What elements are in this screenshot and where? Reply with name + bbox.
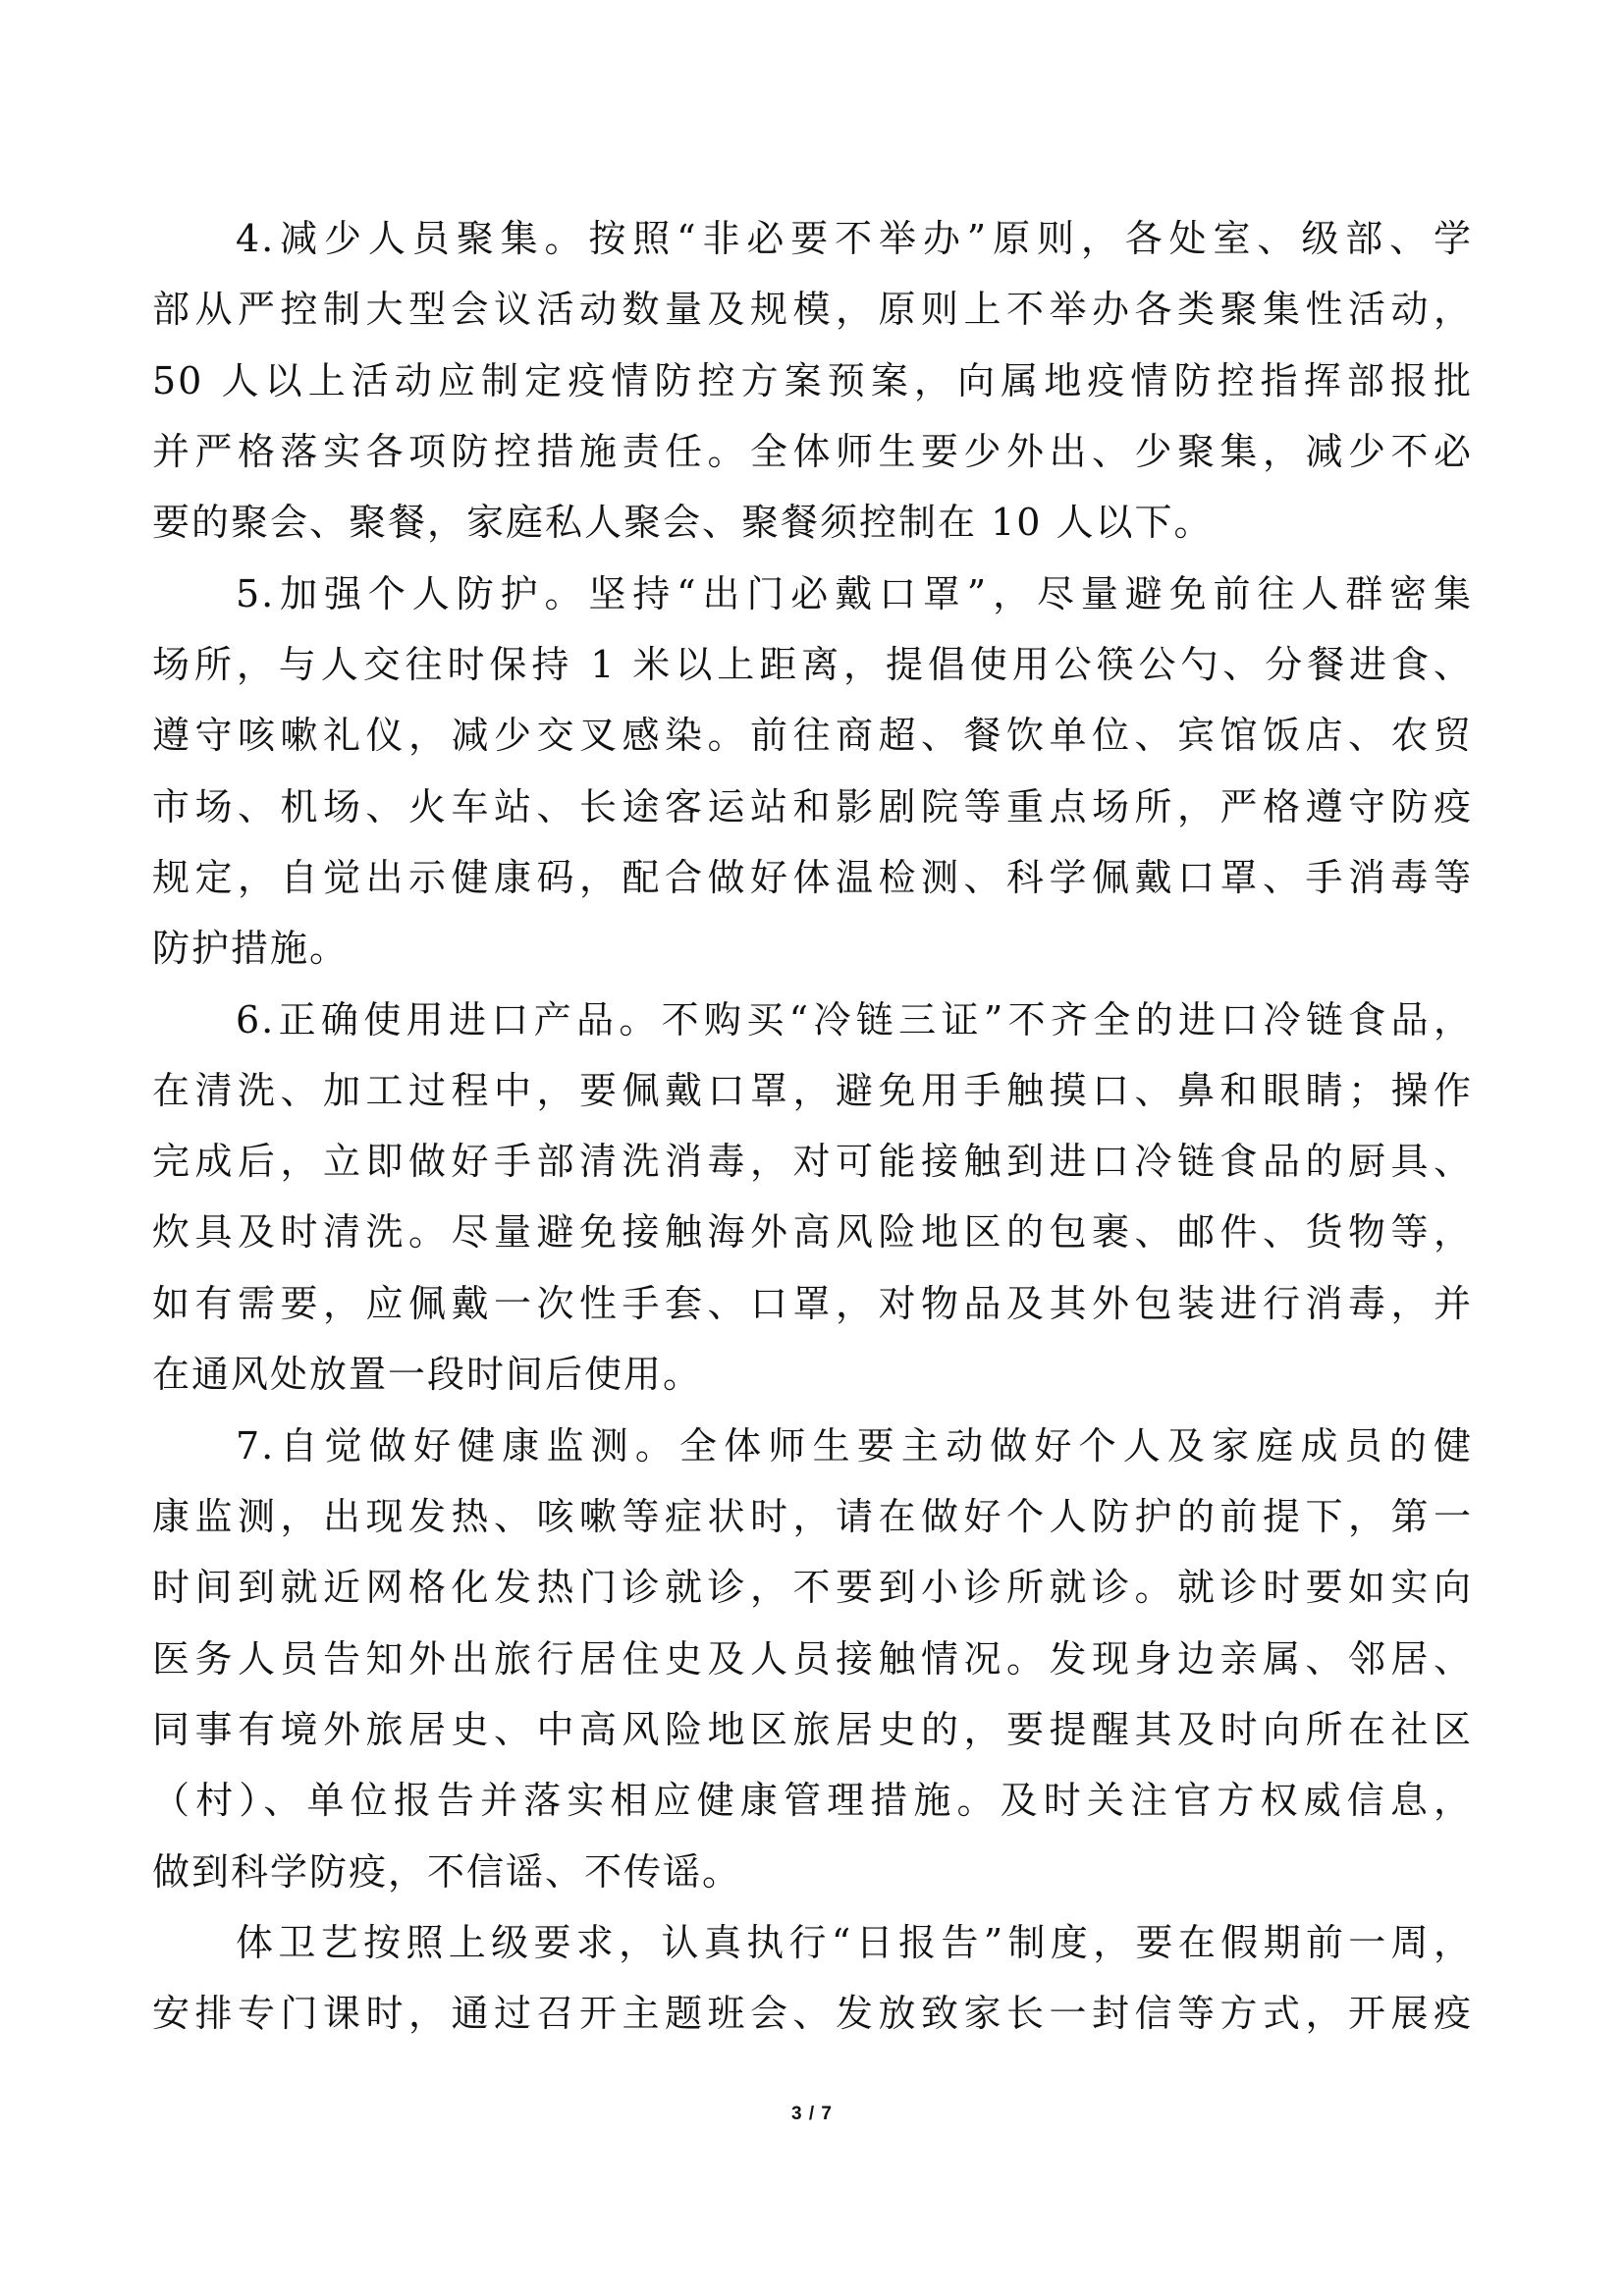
text-line: 规定，自觉出示健康码，配合做好体温检测、科学佩戴口罩、手消毒等 — [152, 853, 1473, 902]
text-line: 安排专门课时，通过召开主题班会、发放致家长一封信等方式，开展疫 — [152, 1989, 1473, 2038]
text-line: （村）、单位报告并落实相应健康管理措施。及时关注官方权威信息， — [152, 1776, 1473, 1825]
page-number: 3 / 7 — [763, 2104, 861, 2125]
text-line: 并严格落实各项防控措施责任。全体师生要少外出、少聚集，减少不必 — [152, 427, 1473, 476]
text-line: 炊具及时清洗。尽量避免接触海外高风险地区的包裹、邮件、货物等， — [152, 1207, 1473, 1256]
text-line: 体卫艺按照上级要求，认真执行“日报告”制度，要在假期前一周， — [236, 1918, 1473, 1967]
text-line: 50 人以上活动应制定疫情防控方案预案，向属地疫情防控指挥部报批 — [152, 356, 1473, 405]
text-line: 时间到就近网格化发热门诊就诊，不要到小诊所就诊。就诊时要如实向 — [152, 1563, 1473, 1612]
text-line: 如有需要，应佩戴一次性手套、口罩，对物品及其外包装进行消毒，并 — [152, 1279, 1473, 1328]
text-line: 6.正确使用进口产品。不购买“冷链三证”不齐全的进口冷链食品， — [236, 995, 1473, 1044]
text-line: 4.减少人员聚集。按照“非必要不举办”原则，各处室、级部、学 — [236, 214, 1473, 263]
text-line: 场所，与人交往时保持 1 米以上距离，提倡使用公筷公勺、分餐进食、 — [152, 640, 1473, 689]
text-line: 康监测，出现发热、咳嗽等症状时，请在做好个人防护的前提下，第一 — [152, 1492, 1473, 1541]
text-line: 在清洗、加工过程中，要佩戴口罩，避免用手触摸口、鼻和眼睛；操作 — [152, 1066, 1473, 1115]
text-line: 防护措施。 — [152, 924, 1473, 973]
text-line: 医务人员告知外出旅行居住史及人员接触情况。发现身边亲属、邻居、 — [152, 1634, 1473, 1683]
document-page: 4.减少人员聚集。按照“非必要不举办”原则，各处室、级部、学 部从严控制大型会议… — [0, 0, 1624, 2296]
text-line: 市场、机场、火车站、长途客运站和影剧院等重点场所，严格遵守防疫 — [152, 782, 1473, 831]
text-line: 5.加强个人防护。坚持“出门必戴口罩”，尽量避免前往人群密集 — [236, 569, 1473, 618]
text-line: 遵守咳嗽礼仪，减少交叉感染。前往商超、餐饮单位、宾馆饭店、农贸 — [152, 711, 1473, 760]
text-line: 在通风处放置一段时间后使用。 — [152, 1350, 1473, 1399]
text-line: 要的聚会、聚餐，家庭私人聚会、聚餐须控制在 10 人以下。 — [152, 498, 1473, 547]
text-line: 同事有境外旅居史、中高风险地区旅居史的，要提醒其及时向所在社区 — [152, 1705, 1473, 1754]
text-line: 部从严控制大型会议活动数量及规模，原则上不举办各类聚集性活动， — [152, 285, 1473, 334]
text-line: 7.自觉做好健康监测。全体师生要主动做好个人及家庭成员的健 — [236, 1421, 1473, 1470]
text-line: 完成后，立即做好手部清洗消毒，对可能接触到进口冷链食品的厨具、 — [152, 1137, 1473, 1186]
text-line: 做到科学防疫，不信谣、不传谣。 — [152, 1847, 1473, 1896]
